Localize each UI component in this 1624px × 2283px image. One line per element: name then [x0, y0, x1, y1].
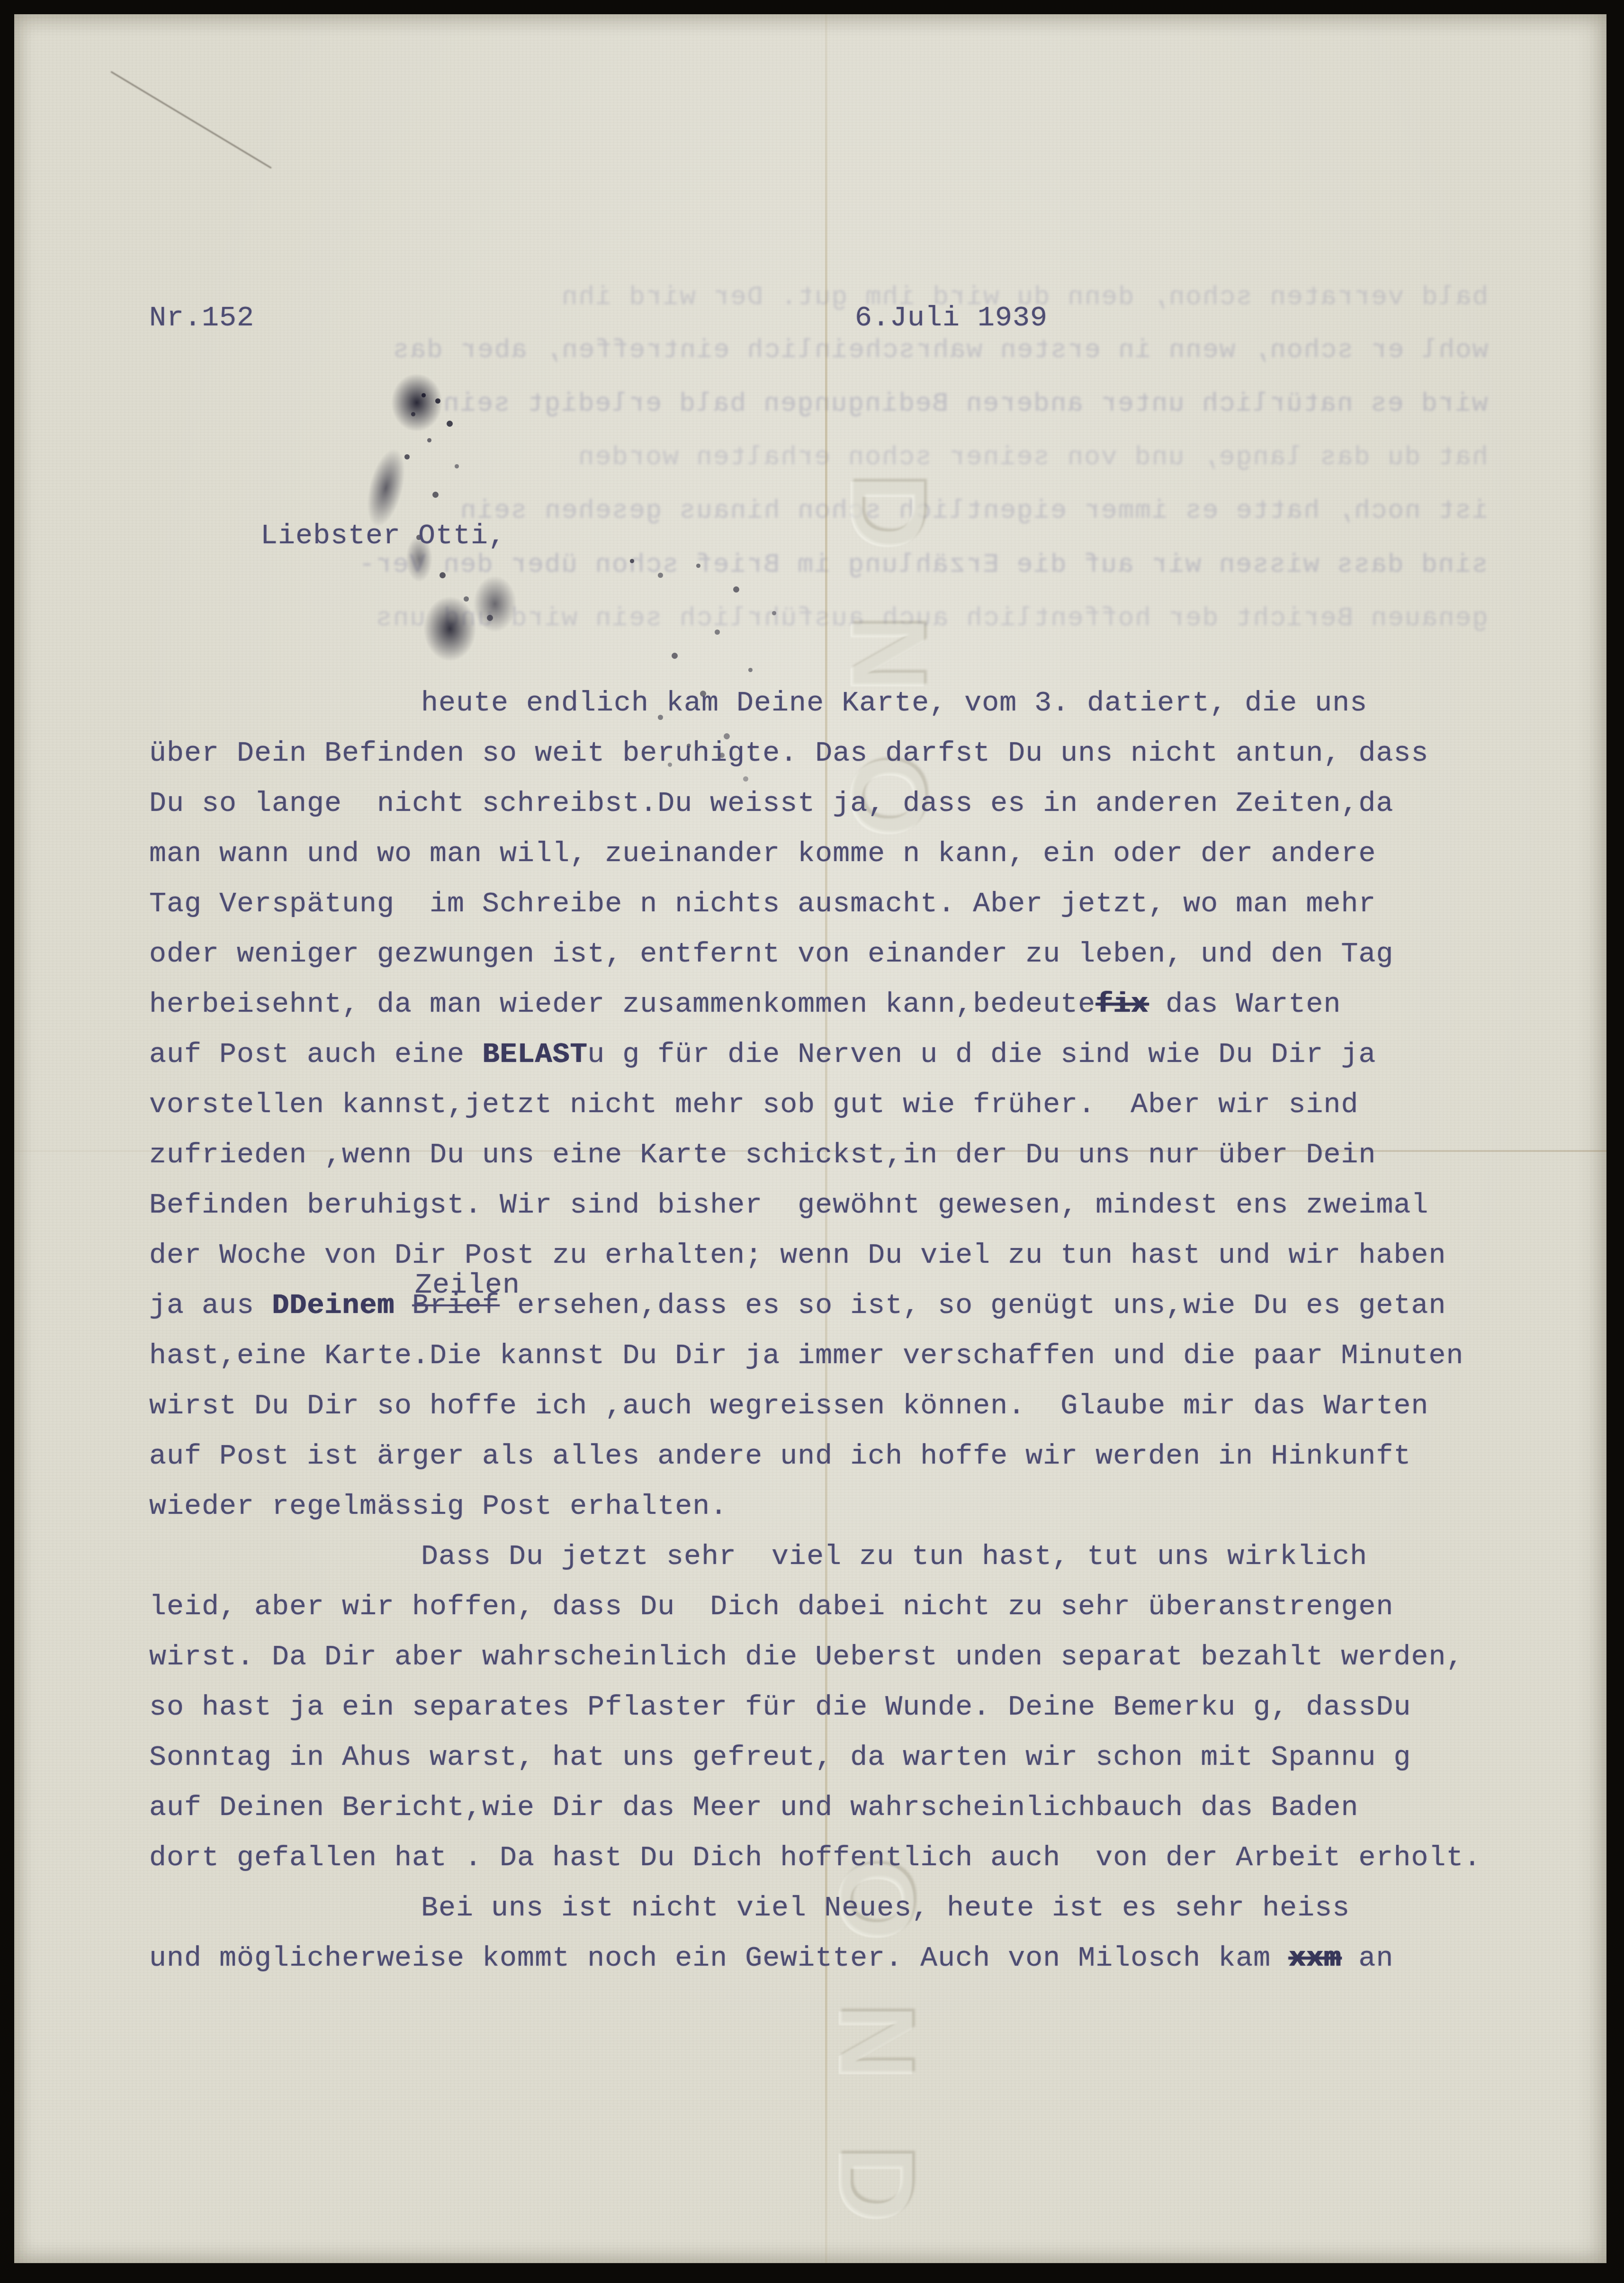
text-segment: an — [1341, 1942, 1393, 1975]
text-line: der Woche von Dir Post zu erhalten; wenn… — [149, 1231, 1551, 1281]
bleedthrough-line: hat du das lange, und von seiner schon e… — [577, 442, 1488, 472]
bleedthrough-line: wohl er schon, wenn in ersten wahrschein… — [392, 335, 1488, 365]
text-segment: hast,eine Karte.Die kannst Du Dir ja imm… — [149, 1340, 1463, 1372]
watermark-letter: D — [807, 2145, 949, 2222]
text-line: auf Post auch eine BELASTu g für die Ner… — [149, 1030, 1551, 1080]
text-segment: oder weniger gezwungen ist, entfernt von… — [149, 938, 1393, 971]
text-segment: herbeisehnt, da man wieder zusammenkomme… — [149, 989, 1095, 1021]
overtyped-bold-word: BELAST — [482, 1039, 587, 1071]
text-line: vorstellen kannst,jetzt nicht mehr sob g… — [149, 1080, 1551, 1130]
text-line: Tag Verspätung im Schreibe n nichts ausm… — [149, 879, 1551, 929]
text-segment: Tag Verspätung im Schreibe n nichts ausm… — [149, 888, 1376, 920]
text-line: Du so lange nicht schreibst.Du weisst ja… — [149, 779, 1551, 829]
text-segment: man wann und wo man will, zueinander kom… — [149, 838, 1376, 870]
text-line: Bei uns ist nicht viel Neues, heute ist … — [149, 1883, 1551, 1933]
ink-blot-edge — [464, 564, 526, 644]
text-segment: das Warten — [1148, 989, 1341, 1021]
text-segment: Befinden beruhigst. Wir sind bisher gewö… — [149, 1189, 1428, 1222]
paragraph: heute endlich kam Deine Karte, vom 3. da… — [149, 678, 1551, 1532]
text-segment: wirst. Da Dir aber wahrscheinlich die Ue… — [149, 1641, 1463, 1673]
text-segment: Du so lange nicht schreibst.Du weisst ja… — [149, 788, 1393, 820]
text-line: ja aus DDeinem BriefZeilen ersehen,dass … — [149, 1281, 1551, 1331]
text-segment: auf Post ist ärger als alles andere und … — [149, 1440, 1411, 1473]
bleedthrough-line: ist noch, hatte es immer eigentlich scho… — [459, 495, 1488, 526]
strikethrough-word: BriefZeilen — [412, 1290, 500, 1322]
pencil-scratch-mark — [110, 71, 271, 169]
text-segment: so hast ja ein separates Pflaster für di… — [149, 1691, 1411, 1724]
text-line: Sonntag in Ahus warst, hat uns gefreut, … — [149, 1733, 1551, 1783]
text-line: heute endlich kam Deine Karte, vom 3. da… — [149, 678, 1551, 728]
overstruck-word: fix — [1095, 989, 1148, 1021]
text-line: so hast ja ein separates Pflaster für di… — [149, 1682, 1551, 1733]
text-segment: vorstellen kannst,jetzt nicht mehr sob g… — [149, 1089, 1358, 1121]
bleedthrough-line: wird es natürlich unter anderen Bedingun… — [442, 388, 1488, 419]
text-segment: auf Post auch eine — [149, 1039, 482, 1071]
text-line: wieder regelmässig Post erhalten. — [149, 1482, 1551, 1532]
text-line: oder weniger gezwungen ist, entfernt von… — [149, 929, 1551, 980]
text-segment: u g für die Nerven u d die sind wie Du D… — [587, 1039, 1376, 1071]
paragraph: Bei uns ist nicht viel Neues, heute ist … — [149, 1883, 1551, 1984]
ink-speckles — [422, 393, 426, 397]
text-line: leid, aber wir hoffen, dass Du Dich dabe… — [149, 1582, 1551, 1632]
watermark-letter: N — [807, 2003, 949, 2080]
text-segment: Sonntag in Ahus warst, hat uns gefreut, … — [149, 1742, 1411, 1774]
letter-body: heute endlich kam Deine Karte, vom 3. da… — [149, 678, 1551, 1984]
scan-background: { "document": { "kind": "typewritten let… — [0, 0, 1624, 2283]
text-segment: über Dein Befinden so weit beruhigte. Da… — [149, 737, 1428, 770]
salutation: Liebster Otti, — [260, 520, 506, 552]
text-line: dort gefallen hat . Da hast Du Dich hoff… — [149, 1833, 1551, 1883]
text-segment: Bei uns ist nicht viel Neues, heute ist … — [421, 1892, 1350, 1924]
text-segment: Dass Du jetzt sehr viel zu tun hast, tut… — [421, 1541, 1367, 1573]
text-segment: und möglicherweise kommt noch ein Gewitt… — [149, 1942, 1288, 1975]
text-segment: der Woche von Dir Post zu erhalten; wenn… — [149, 1240, 1446, 1272]
text-segment: zufrieden ,wenn Du uns eine Karte schick… — [149, 1139, 1376, 1171]
text-line: Dass Du jetzt sehr viel zu tun hast, tut… — [149, 1532, 1551, 1582]
text-line: Befinden beruhigst. Wir sind bisher gewö… — [149, 1180, 1551, 1231]
text-line: zufrieden ,wenn Du uns eine Karte schick… — [149, 1130, 1551, 1180]
text-segment: dort gefallen hat . Da hast Du Dich hoff… — [149, 1842, 1481, 1874]
ink-blot-core — [381, 362, 452, 443]
text-line: auf Post ist ärger als alles andere und … — [149, 1431, 1551, 1482]
text-segment: wieder regelmässig Post erhalten. — [149, 1491, 727, 1523]
text-line: wirst Du Dir so hoffe ich ,auch wegreiss… — [149, 1381, 1551, 1431]
letter-paper: bald verraten schon, denn du wird ihm gu… — [14, 14, 1606, 2263]
text-line: man wann und wo man will, zueinander kom… — [149, 829, 1551, 879]
paragraph: Dass Du jetzt sehr viel zu tun hast, tut… — [149, 1532, 1551, 1883]
text-segment: ja aus — [149, 1290, 272, 1322]
text-segment: wirst Du Dir so hoffe ich ,auch wegreiss… — [149, 1390, 1428, 1422]
text-line: auf Deinen Bericht,wie Dir das Meer und … — [149, 1783, 1551, 1833]
text-segment: auf Deinen Bericht,wie Dir das Meer und … — [149, 1792, 1358, 1824]
letter-date: 6.Juli 1939 — [855, 302, 1048, 334]
text-line: und möglicherweise kommt noch ein Gewitt… — [149, 1933, 1551, 1984]
text-segment: leid, aber wir hoffen, dass Du Dich dabe… — [149, 1591, 1393, 1623]
text-line: wirst. Da Dir aber wahrscheinlich die Ue… — [149, 1632, 1551, 1682]
text-segment: ersehen,dass es so ist, so genügt uns,wi… — [500, 1290, 1446, 1322]
watermark-letter: D — [818, 473, 960, 550]
letter-number: Nr.152 — [149, 302, 254, 334]
overtyped-bold-word: DDeinem — [272, 1290, 412, 1322]
text-line: hast,eine Karte.Die kannst Du Dir ja imm… — [149, 1331, 1551, 1381]
text-segment: heute endlich kam Deine Karte, vom 3. da… — [421, 687, 1367, 719]
text-line: über Dein Befinden so weit beruhigte. Da… — [149, 728, 1551, 779]
ink-speckles — [630, 559, 634, 563]
text-line: herbeisehnt, da man wieder zusammenkomme… — [149, 980, 1551, 1030]
overstruck-word: xxm — [1288, 1942, 1341, 1975]
